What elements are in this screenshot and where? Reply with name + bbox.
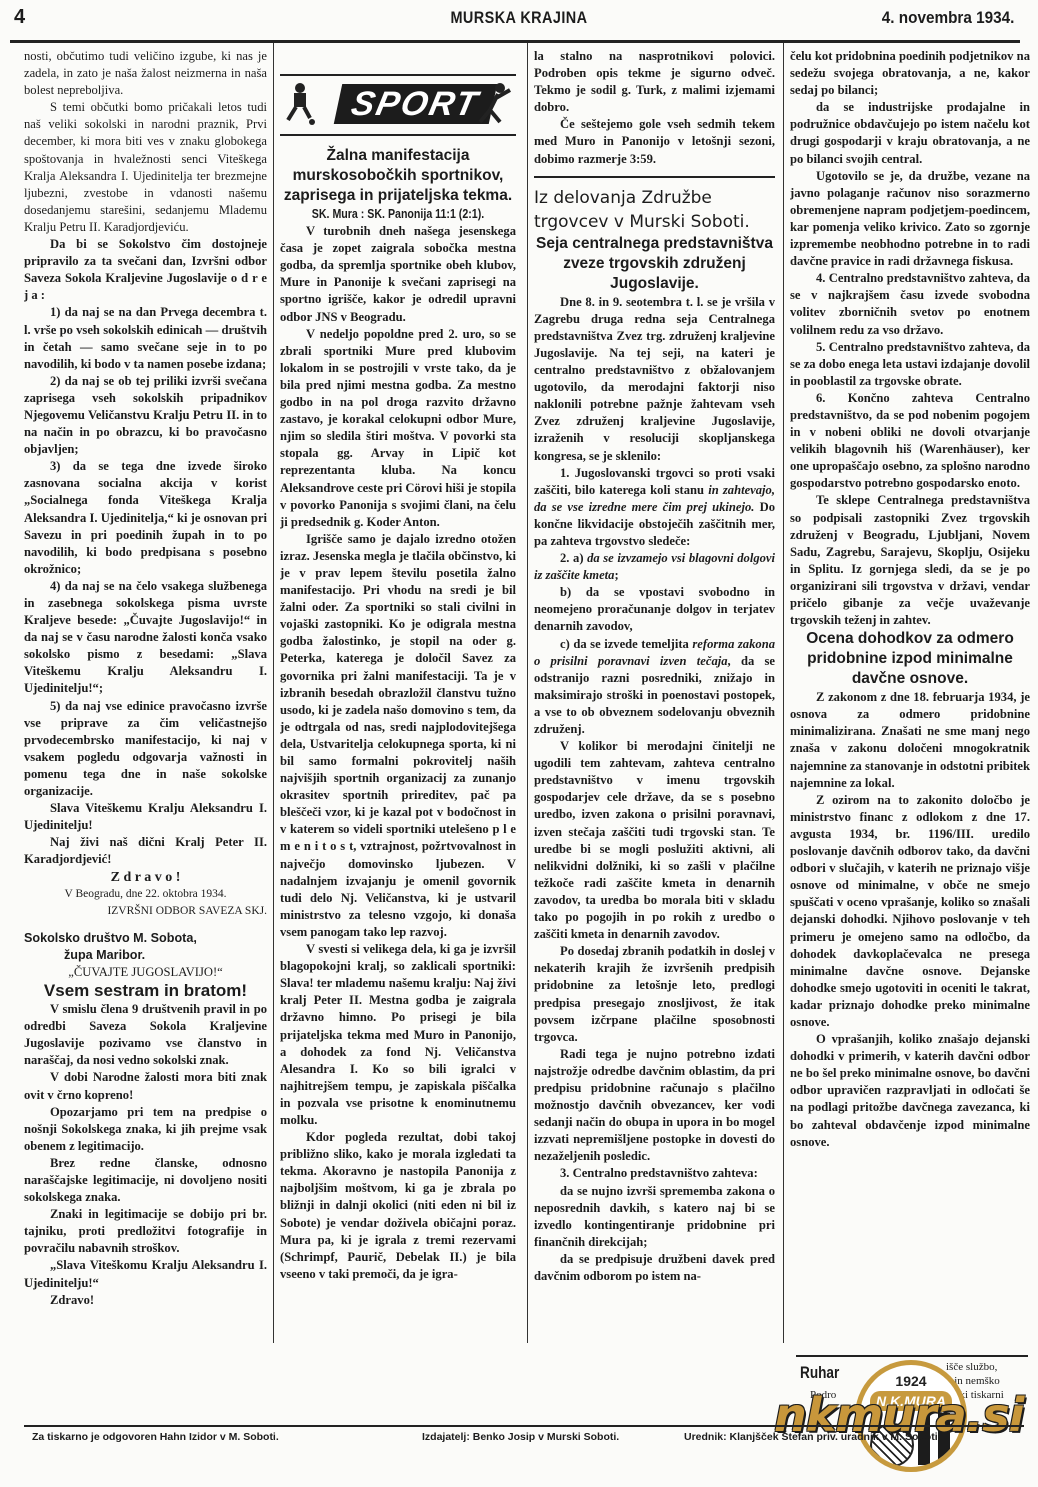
paragraph: la stalno na nasprotnikovi polovici. Pod… xyxy=(534,48,775,116)
list-item: b) da se vpostavi svobodno in neomejeno … xyxy=(534,584,775,635)
header-rule xyxy=(10,40,1020,43)
list-item: 3) da se tega dne izvede široko zasnovan… xyxy=(24,458,267,578)
paragraph: S temi občutki bomo pričakali letos tudi… xyxy=(24,99,267,236)
paragraph: Zdravo! xyxy=(24,1292,267,1309)
paragraph: da se industrijske prodajalne in podružn… xyxy=(790,99,1030,167)
paragraph: Dne 8. in 9. seotembra t. l. se je vršil… xyxy=(534,294,775,465)
printer-credit: Za tiskarno je odgovoren Hahn Izidor v M… xyxy=(32,1431,279,1443)
column-2: SPORT Žalna manifestacija murskosobočkih… xyxy=(280,48,516,1340)
column-1: nosti, občutimo tudi veličino izgube, ki… xyxy=(24,48,267,1340)
paper-name: MURSKA KRAJINA xyxy=(78,8,960,28)
section-title: Iz delovanja Združbe trgovcev v Murski S… xyxy=(534,186,775,234)
paragraph: Opozarjamo pri tem na predpise o nošnji … xyxy=(24,1104,267,1155)
paragraph: V dobi Narodne žalosti mora biti znak ov… xyxy=(24,1069,267,1103)
paragraph: Te sklepe Centralnega predstavništva so … xyxy=(790,492,1030,629)
society-name: Sokolsko društvo M. Sobota, xyxy=(24,930,267,947)
paragraph: Kdor pogleda rezultat, dobi takoj pribli… xyxy=(280,1129,516,1283)
list-item: 5) da naj vse edinice pravočasno izvrše … xyxy=(24,698,267,801)
column-3: la stalno na nasprotnikovi polovici. Pod… xyxy=(534,48,775,1340)
paragraph: Radi tega je nujno potrebno izdati najst… xyxy=(534,1046,775,1166)
list-item: c) da se izvede temeljita reforma zakona… xyxy=(534,636,775,739)
closing-greeting: Z d r a v o ! xyxy=(24,869,267,886)
paragraph: Če seštejemo gole vseh sedmih tekem med … xyxy=(534,116,775,167)
publisher-credit: Izdajatelj: Benko Josip v Murski Soboti. xyxy=(422,1431,619,1443)
paragraph: 5. Centralno predstavništvo zahteva, da … xyxy=(790,339,1030,390)
paragraph: da se nujno izvrši sprememba zakona o ne… xyxy=(534,1183,775,1251)
paragraph: „Slava Viteškomu Kralju Aleksandru I. Uj… xyxy=(24,1257,267,1291)
list-item: 2) da naj se ob tej priliki izvrši sveča… xyxy=(24,373,267,458)
football-player-icon xyxy=(282,82,318,126)
sport-banner: SPORT xyxy=(280,74,516,136)
paragraph: Ugotovilo se je, da družbe, vezane na ja… xyxy=(790,168,1030,271)
sport-title: SPORT xyxy=(334,84,497,124)
paragraph: V kolikor bi merodajni činitelji ne ugod… xyxy=(534,738,775,943)
paragraph: 6. Končno zahteva Centralno predstavništ… xyxy=(790,390,1030,493)
page-number: 4 xyxy=(14,6,25,29)
footer-rule xyxy=(24,1425,1024,1427)
column-divider xyxy=(527,43,528,1343)
paragraph: Naj živi naš dični Kralj Peter II. Karad… xyxy=(24,834,267,868)
headline: Seja centralnega predstavništva zveze tr… xyxy=(534,234,775,294)
masthead: 4 MURSKA KRAJINA 4. novembra 1934. xyxy=(0,0,1038,36)
text: ; xyxy=(614,568,618,582)
ad-text: išče službo, xyxy=(946,1361,997,1373)
place-date: V Beogradu, dne 22. oktobra 1934. xyxy=(24,886,267,903)
issue-date: 4. novembra 1934. xyxy=(881,8,1014,28)
headline: Ocena dohodkov za odmero pridobnine izpo… xyxy=(790,629,1030,689)
paragraph: V smislu člena 9 društvenih pravil in po… xyxy=(24,1001,267,1069)
text: 2. a) xyxy=(560,551,587,565)
paragraph: čelu kot pridobnina poedinih podjetnikov… xyxy=(790,48,1030,99)
motto: „ČUVAJTE JUGOSLAVIJO!“ xyxy=(24,964,267,981)
list-item: 4) da naj se na čelo vsakega službenega … xyxy=(24,578,267,698)
paragraph: Igrišče samo je dajalo izredno otožen iz… xyxy=(280,531,516,941)
headline: Žalna manifestacija murskosobočkih sport… xyxy=(280,146,516,206)
ad-title: Ruhar xyxy=(800,1363,839,1383)
logo-year: 1924 xyxy=(860,1373,962,1389)
match-score: SK. Mura : SK. Panonija 11:1 (2:1). xyxy=(298,206,499,223)
text: c) da se izvede temeljita xyxy=(560,637,692,651)
paragraph: V nedeljo popoldne pred 2. uro, so se zb… xyxy=(280,326,516,531)
paragraph: da se predpisuje družbeni davek pred dav… xyxy=(534,1251,775,1285)
paragraph: Brez redne članske, odnosno naraščajske … xyxy=(24,1155,267,1206)
society-zupa: župa Maribor. xyxy=(24,947,267,964)
column-4: čelu kot pridobnina poedinih podjetnikov… xyxy=(790,48,1030,1388)
list-item: 2. a) da se izvzamejo vsi blagovni dolgo… xyxy=(534,550,775,584)
section-rule xyxy=(534,176,775,178)
paragraph: 3. Centralno predstavništvo zahteva: xyxy=(534,1165,775,1182)
paragraph: Slava Viteškemu Kralju Aleksandru I. Uje… xyxy=(24,800,267,834)
list-item: 1) da naj se na dan Prvega decembra t. l… xyxy=(24,304,267,372)
list-item: 1. Jugoslovanski trgovci so proti vsaki … xyxy=(534,465,775,550)
column-divider xyxy=(273,43,274,1343)
column-divider xyxy=(783,43,784,1343)
paragraph: Z zakonom z dne 18. februarja 1934, je o… xyxy=(790,689,1030,792)
paragraph: Po dosedaj zbranih podatkih in doslej v … xyxy=(534,943,775,1046)
signature: IZVRŠNI ODBOR SAVEZA SKJ. xyxy=(24,903,267,920)
paragraph: O vprašanjih, koliko znašajo dejanski do… xyxy=(790,1031,1030,1151)
paragraph: Da bi se Sokolstvo čim dostojneje pripra… xyxy=(24,236,267,304)
paragraph: Znaki in legitimacije se dobijo pri br. … xyxy=(24,1206,267,1257)
paragraph: nosti, občutimo tudi veličino izgube, ki… xyxy=(24,48,267,99)
paragraph: 4. Centralno predstavništvo zahteva, da … xyxy=(790,270,1030,338)
paragraph: V svesti si velikega dela, ki ga je izvr… xyxy=(280,941,516,1129)
athlete-throwing-icon xyxy=(476,82,512,126)
headline: Vsem sestram in bratom! xyxy=(24,981,267,1001)
editor-credit: Urednik: Klanjšček Štefan priv. uradnik … xyxy=(684,1431,941,1443)
paragraph: Z ozirom na to zakonito določbo je minis… xyxy=(790,792,1030,1031)
paragraph: V turobnih dneh našega jesenskega časa j… xyxy=(280,223,516,326)
